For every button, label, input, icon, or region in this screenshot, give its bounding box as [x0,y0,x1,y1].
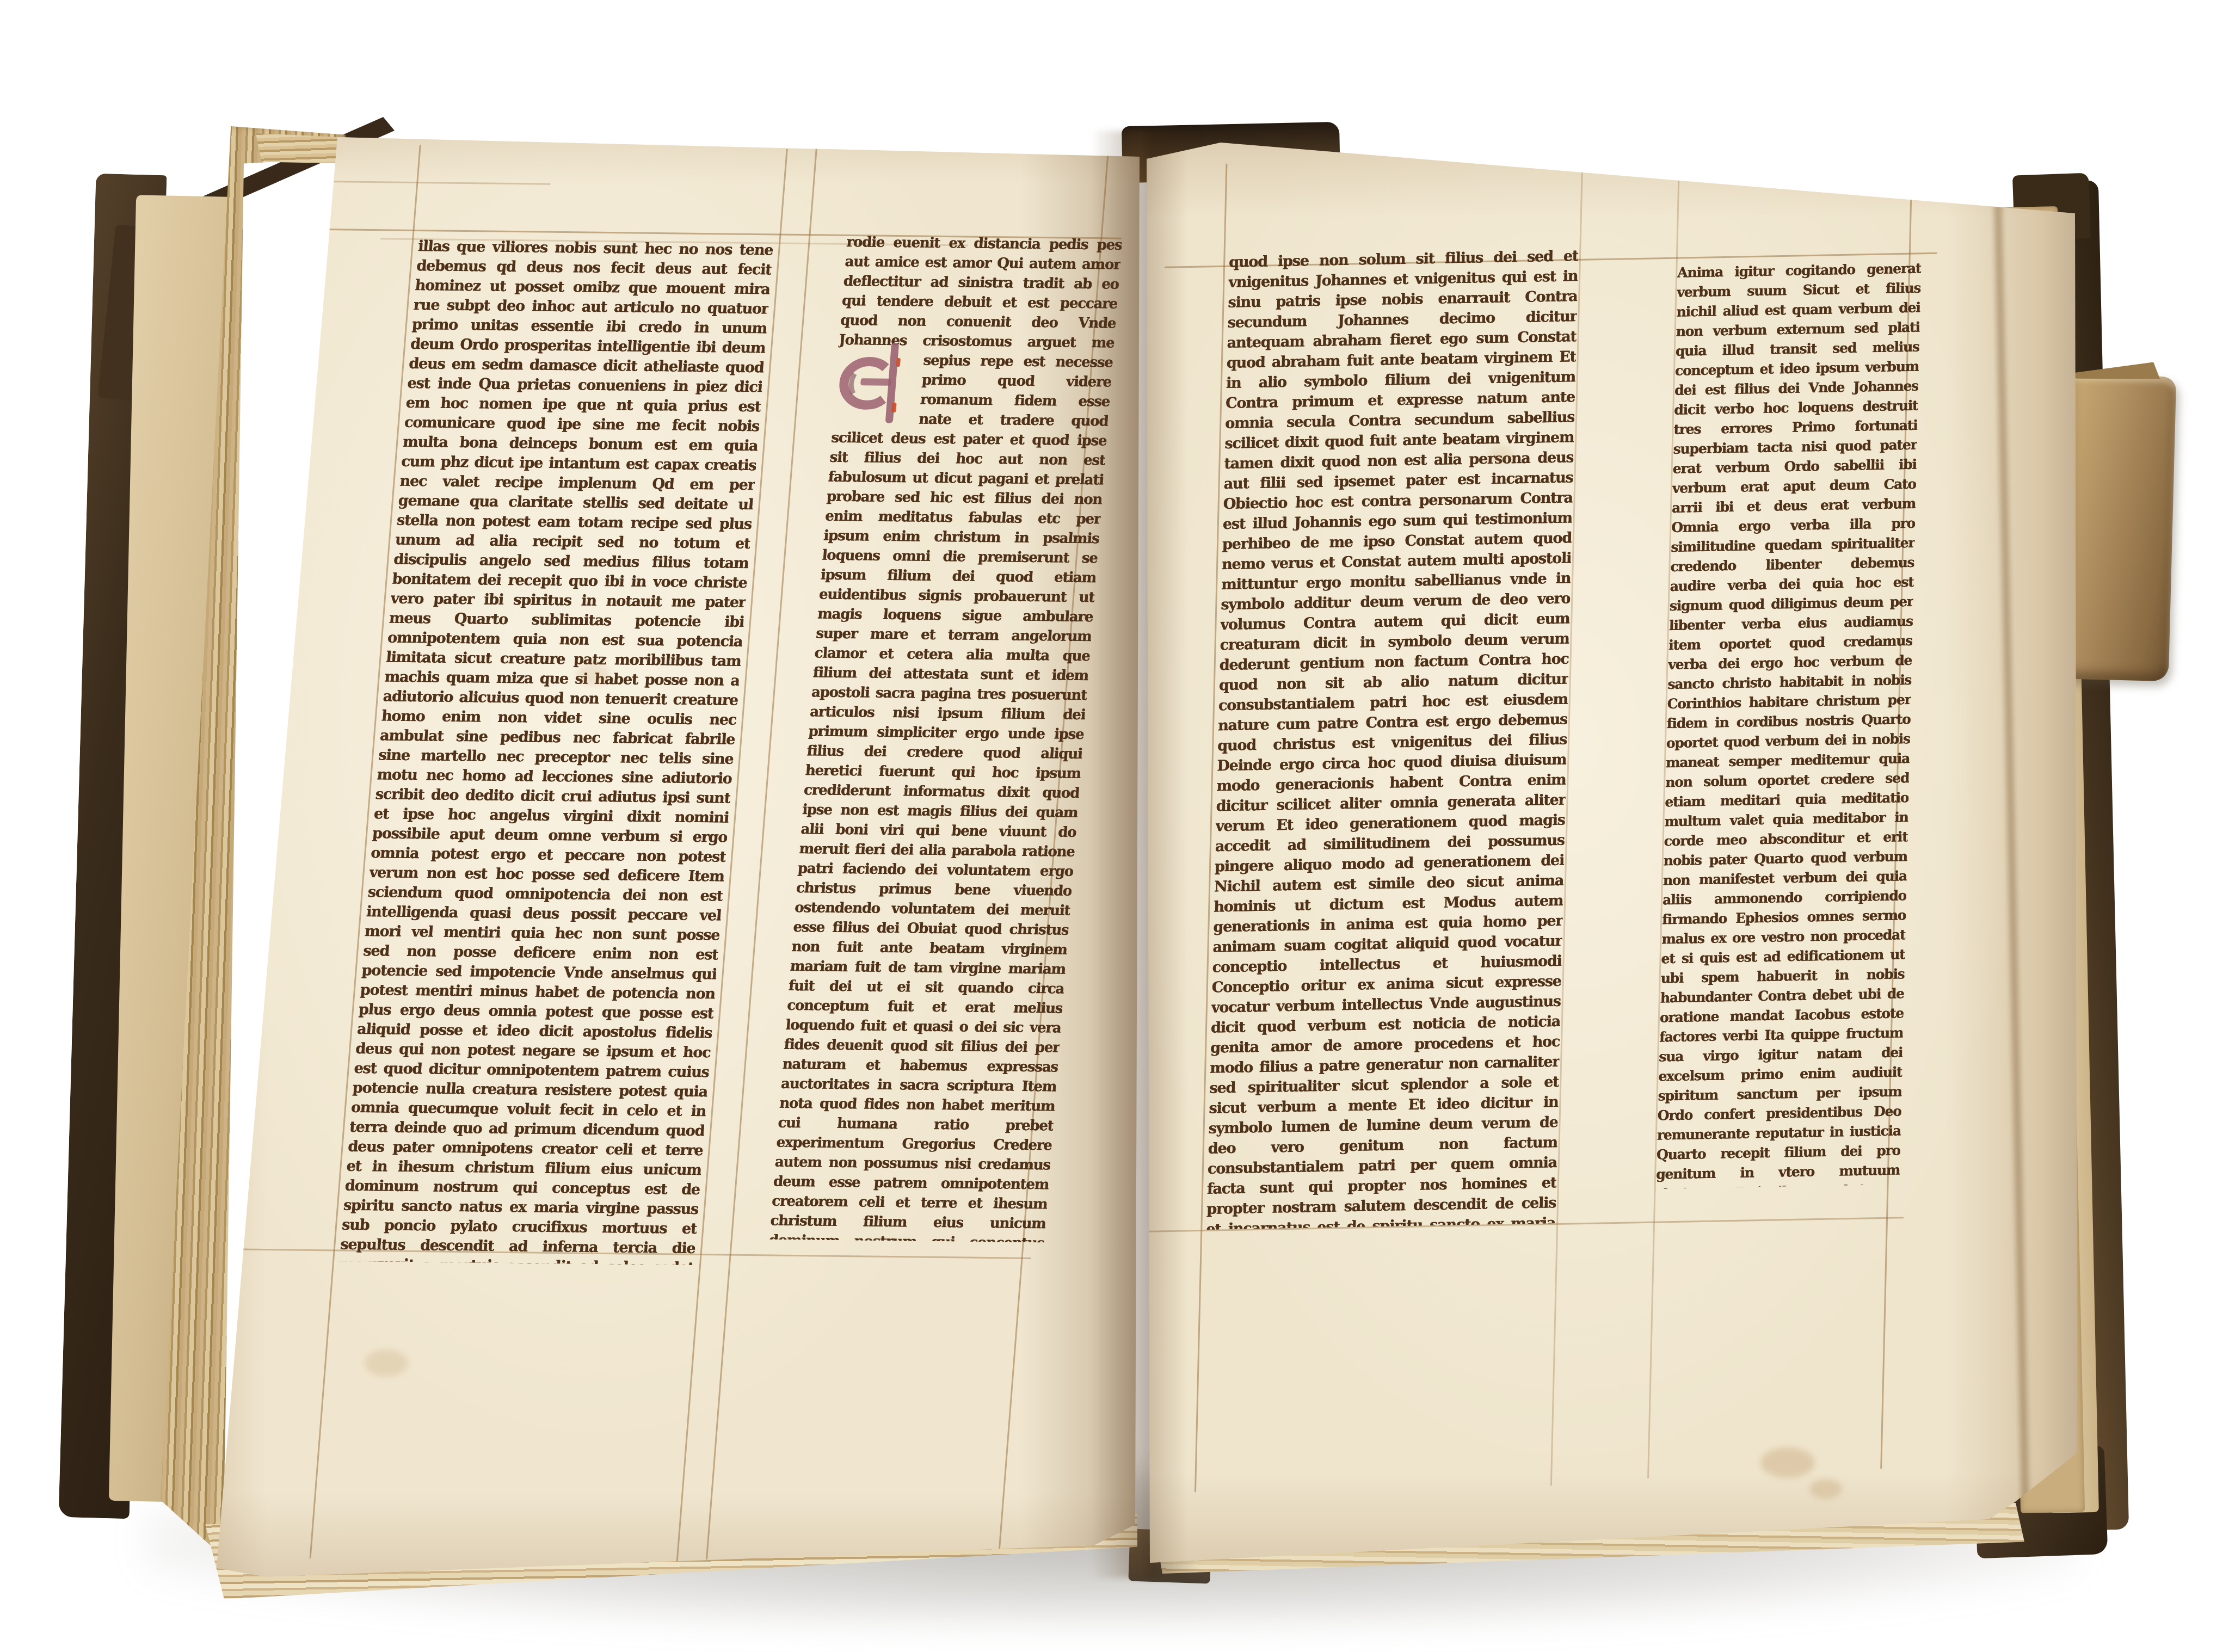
foxing-stain [365,1349,408,1377]
illuminated-initial-drawing [829,339,918,427]
column-2-body: est necesse primo quod videre romanum fi… [769,354,1113,1243]
manuscript-photo: illas que viliores nobis sunt hec no nos… [0,0,2229,1652]
text-column-3: quod ipse non solum sit filius dei sed e… [1206,246,1578,1230]
right-page-text-block: quod ipse non solum sit filius dei sed e… [1109,115,2102,1592]
foxing-stain [577,664,609,686]
fore-edge-tab [2065,374,2177,682]
illuminated-initial: C [830,353,917,412]
text-column-1: illas que viliores nobis sunt hec no nos… [339,237,773,1265]
text-column-2: rodie euenit ex distancia pedis pes aut … [769,232,1123,1242]
left-page-text-block: illas que viliores nobis sunt hec no nos… [96,123,1152,1601]
text-column-4: Anima igitur cogitando generat verbum su… [1656,258,1922,1188]
foxing-stain [1809,1479,1842,1499]
left-page: illas que viliores nobis sunt hec no nos… [201,125,1143,1594]
right-page: quod ipse non solum sit filius dei sed e… [1140,131,2099,1589]
foxing-stain [1760,1447,1815,1478]
foxing-stain [1488,446,1513,463]
